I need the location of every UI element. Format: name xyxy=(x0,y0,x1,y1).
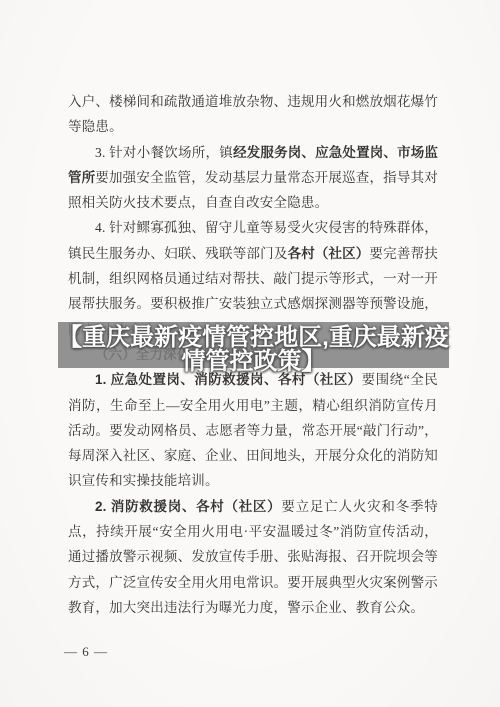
para-item-2: 2. 消防救援岗、各村（社区）要立足亡人火灾和冬季特点，持续开展“安全用火用电·… xyxy=(68,494,438,620)
document-page: 入户、楼梯间和疏散通道堆放杂物、违规用火和燃放烟花爆竹等隐患。3. 针对小餐饮场… xyxy=(0,0,500,707)
page-number: — 6 — xyxy=(64,642,108,662)
text-segment: 要立足亡人火灾和冬季特点，持续开展“安全用火用电·平安温暖过冬”消防宣传活动，通… xyxy=(68,499,438,615)
overlay-banner-title-line2: 情管控政策】 xyxy=(182,350,326,374)
text-segment: 入户、楼梯间和疏散通道堆放杂物、违规用火和燃放烟花爆竹等隐患。 xyxy=(68,94,438,134)
bold-text-segment: 2. 消防救援岗、各村（社区） xyxy=(95,499,281,514)
para-item-3: 3. 针对小餐饮场所，镇经发服务岗、应急处置岗、市场监管所要加强安全监管，发动基… xyxy=(68,140,438,216)
text-segment: 3. 针对小餐饮场所，镇 xyxy=(95,145,233,160)
text-segment: 要围绕“全民消防，生命至上—安全用火用电”主题，精心组织消防宣传月活动。要发动网… xyxy=(68,372,438,488)
overlay-banner: 【重庆最新疫情管控地区,重庆最新疫 情管控政策】 xyxy=(58,322,449,368)
text-segment: 要加强安全监管，发动基层力量常态开展巡查，指导其对照相关防火技术要点，自查自改安… xyxy=(68,170,438,210)
para-item-1: 1. 应急处置岗、消防救援岗、各村（社区）要围绕“全民消防，生命至上—安全用火用… xyxy=(68,367,438,493)
overlay-banner-title-line1: 【重庆最新疫情管控地区,重庆最新疫 xyxy=(58,326,449,350)
bold-text-segment: 各村（社区） xyxy=(288,246,370,261)
para-continuation: 入户、楼梯间和疏散通道堆放杂物、违规用火和燃放烟花爆竹等隐患。 xyxy=(68,89,438,140)
